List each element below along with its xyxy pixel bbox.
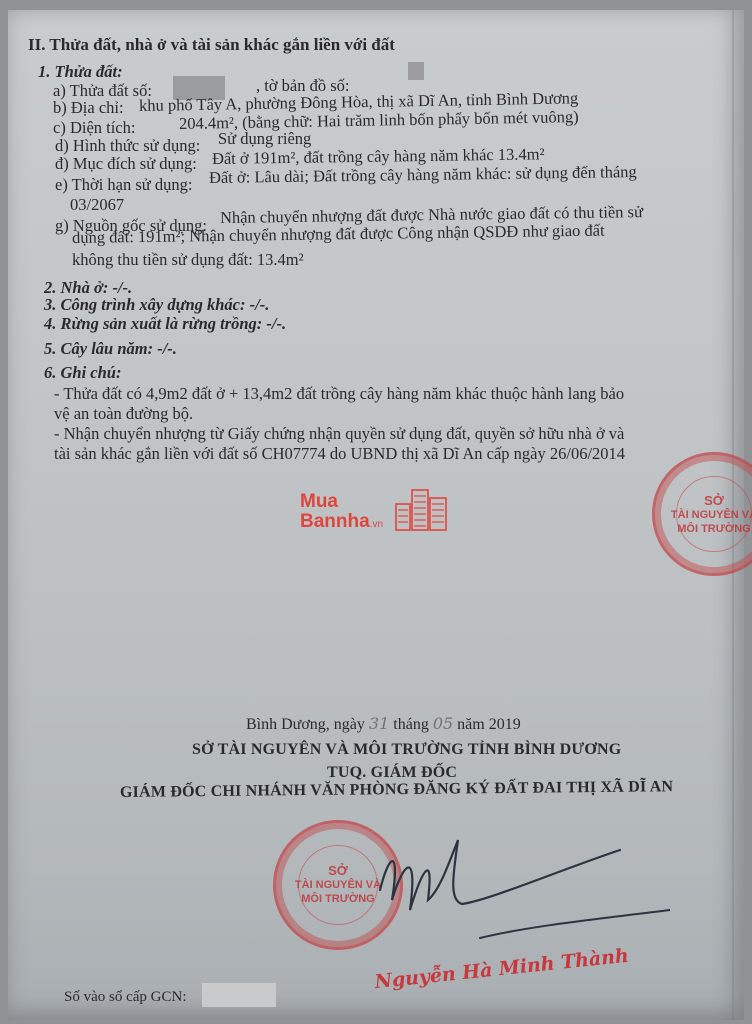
usage-term-label: e) Thời hạn sử dụng: <box>55 177 192 194</box>
parcel-heading: 1. Thửa đất: <box>38 64 123 81</box>
registry-label: Số vào sổ cấp GCN: <box>64 990 187 1005</box>
place-date-prefix: Bình Dương, ngày <box>246 716 365 733</box>
production-forest-section: 4. Rừng sản xuất là rừng trồng: -/-. <box>44 316 286 333</box>
map-sheet-redacted <box>408 62 424 80</box>
buildings-logo-icon <box>392 488 450 532</box>
issuer-name: SỞ TÀI NGUYÊN VÀ MÔI TRƯỜNG TỈNH BÌNH DƯ… <box>192 742 621 758</box>
notes-heading: 6. Ghi chú: <box>44 365 121 382</box>
perennial-trees-section: 5. Cây lâu năm: -/-. <box>44 341 177 358</box>
seal-line2: TÀI NGUYÊN VÀ <box>655 509 752 523</box>
usage-form-value: Sử dụng riêng <box>218 131 311 148</box>
address-label: b) Địa chỉ: <box>53 100 124 117</box>
handwritten-signature <box>370 830 670 940</box>
month-label: tháng <box>393 716 429 733</box>
other-construction-section: 3. Công trình xây dựng khác: -/-. <box>44 297 269 314</box>
origin-value-line3: không thu tiền sử dụng đất: 13.4m² <box>72 252 304 269</box>
usage-term-value-line2: 03/2067 <box>70 197 124 214</box>
place-date: Bình Dương, ngày 31 tháng 05 năm 2019 <box>246 716 521 733</box>
section-title: II. Thửa đất, nhà ở và tài sản khác gắn … <box>28 36 395 53</box>
watermark-line1: Mua <box>300 492 338 511</box>
watermark-brand: Bannha <box>300 511 370 532</box>
note2-line2: tài sản khác gắn liền với đất số CH07774… <box>54 446 625 463</box>
usage-form-label: d) Hình thức sử dụng: <box>55 138 200 155</box>
issue-year: năm 2019 <box>457 716 521 733</box>
issue-day: 31 <box>369 714 389 733</box>
note1-line1: - Thửa đất có 4,9m2 đất ở + 13,4m2 đất t… <box>54 386 624 403</box>
issue-month: 05 <box>433 714 453 733</box>
note1-line2: vệ an toàn đường bộ. <box>54 406 193 423</box>
on-behalf-label: TUQ. GIÁM ĐỐC <box>327 765 457 781</box>
note2-line1: - Nhận chuyển nhượng từ Giấy chứng nhận … <box>54 426 624 443</box>
registry-number-redacted <box>202 983 276 1007</box>
area-label: c) Diện tích: <box>53 120 135 137</box>
seal-line3: MÔI TRƯỜNG <box>655 523 752 537</box>
mubannha-watermark: Mua Bannha.vn <box>300 488 452 534</box>
watermark-line2: Bannha.vn <box>300 512 383 531</box>
seal-line1: SỞ <box>655 493 752 509</box>
usage-purpose-label: đ) Mục đích sử dụng: <box>55 156 197 173</box>
seal-text: SỞ TÀI NGUYÊN VÀ MÔI TRƯỜNG <box>655 493 752 537</box>
watermark-suffix: .vn <box>370 519 383 530</box>
